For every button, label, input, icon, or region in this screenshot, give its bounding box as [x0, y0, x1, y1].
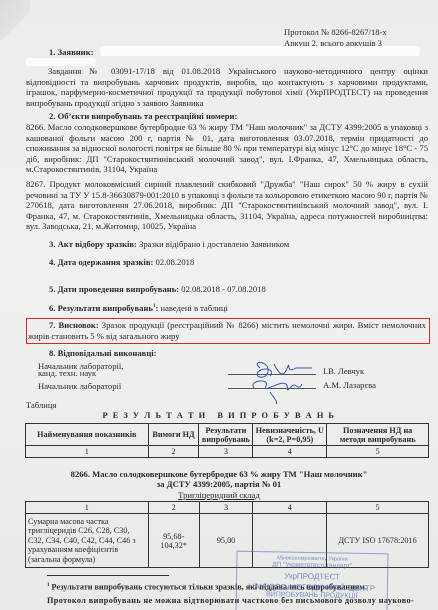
assignment-paragraph: Завдання № 03091-17/18 від 01.08.2018 Ук…	[26, 66, 428, 108]
test-dates: 5. Дати проведення випробувань: 02.08.20…	[49, 284, 266, 295]
stamp-line: ДП "Укрметртестстандарт"	[237, 561, 387, 571]
protocol-number: Протокол № 8266-8267/18-х	[284, 27, 387, 38]
footnote-divider	[47, 575, 169, 576]
footnote-marker: 1	[47, 583, 50, 588]
test-dates-label: 5. Дати проведення випробувань:	[49, 284, 179, 294]
signer-2-name: А.М. Лазарєва	[323, 380, 376, 391]
official-stamp: Мінекономрозвитку України ДП "Укрметртес…	[235, 551, 388, 610]
table-subtitle: Тригліцеридний склад	[0, 490, 438, 501]
test-results: 6. Результати випробувань1: наведені в т…	[49, 302, 228, 313]
receipt-date: 4. Дата одержання зразків: 02.08.2018	[49, 257, 194, 268]
test-results-value: наведені в таблиці	[161, 303, 228, 313]
redaction-applicant	[100, 46, 420, 56]
cell-requirement: 95,68-104,32*	[148, 514, 199, 568]
col-number: 1	[26, 446, 149, 458]
product-title-2: за ДСТУ 4399:2005, партія № 01	[0, 479, 438, 490]
product-title-1: 8266. Масло солодковершкове бутербродне …	[0, 469, 438, 480]
object-8267: 8267. Продукт молоковмісний сирний плавл…	[26, 179, 428, 232]
test-results-label: 6. Результати випробувань	[49, 303, 153, 313]
conclusion: 7. Висновок: Зразок продукції (реєстраці…	[28, 320, 426, 341]
header-uncertainty: Невизначеність, U (k=2, P=0,95)	[253, 424, 327, 446]
stamp-line: УкрПРОДТЕСТ	[237, 571, 387, 583]
col-number: 4	[253, 502, 327, 514]
sampling-act-label: 3. Акт відбору зразків:	[49, 239, 137, 249]
col-number: 4	[253, 446, 327, 458]
table-caption: Таблиця	[26, 400, 56, 411]
signer-1-name: І.В. Левчук	[323, 366, 364, 377]
header-method: Позначення НД на методи випробувань	[327, 424, 429, 446]
responsible-label: 8. Відповідальні виконавці:	[49, 348, 157, 359]
signer-2-title: Начальник лабораторії	[38, 381, 121, 392]
signer-1-degree: канд. техн. наук	[38, 369, 96, 377]
receipt-date-value: 02.08.2018	[156, 257, 195, 267]
col-number: 3	[199, 502, 253, 514]
col-number: 5	[327, 446, 429, 458]
sampling-act-value: Зразки відібрано і доставлено Заявником	[139, 239, 289, 249]
col-number: 2	[148, 502, 199, 514]
sampling-act: 3. Акт відбору зразків: Зразки відібрано…	[49, 239, 289, 250]
cell-name: Сумарна масова частка тригліцеридів С26,…	[26, 514, 149, 568]
receipt-date-label: 4. Дата одержання зразків:	[49, 257, 153, 267]
page-corner-shadow	[0, 0, 30, 40]
header-name: Найменування показників	[26, 424, 149, 446]
signature-icon	[240, 358, 320, 404]
col-number: 5	[327, 502, 429, 514]
col-number: 2	[148, 446, 199, 458]
header-result: Результати випробувань	[199, 424, 253, 446]
conclusion-label: 7. Висновок:	[49, 320, 99, 330]
col-number: 3	[199, 446, 253, 458]
col-number: 1	[26, 502, 149, 514]
object-8266: 8266. Масло солодковершкове бутербродне …	[26, 122, 428, 175]
table-title: Р Е З У Л Ь Т А Т И В И П Р О Б У В А Н …	[0, 411, 438, 422]
test-dates-value: 02.08.2018 - 07.08.2018	[181, 284, 266, 294]
objects-label: 2. Об’єкти випробувань та реєстраційні н…	[49, 111, 237, 122]
colon: :	[155, 303, 158, 313]
header-requirement: Вимоги НД	[148, 424, 199, 446]
applicant-label: 1. Заявник:	[49, 47, 93, 58]
redaction-applicant-2	[26, 58, 96, 66]
results-header-table: Найменування показників Вимоги НД Резуль…	[25, 423, 429, 458]
